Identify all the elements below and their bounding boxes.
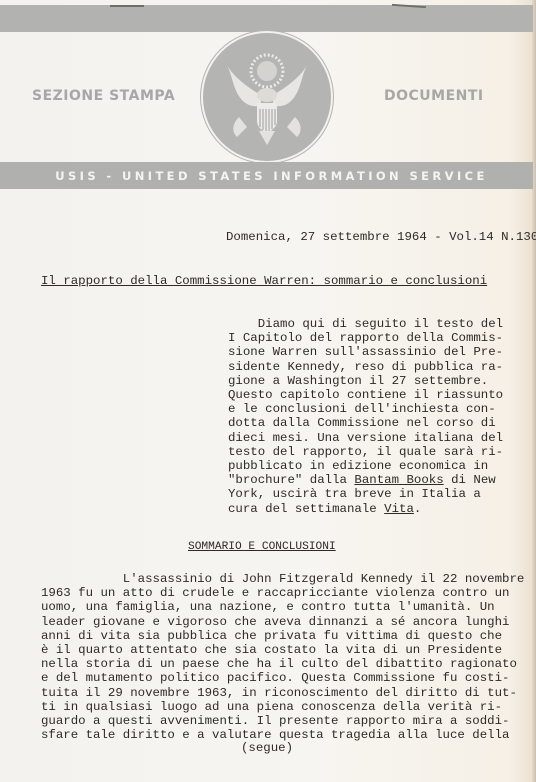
body-paragraph: L'assassinio di John Fitzgerald Kennedy … [41,572,524,742]
service-banner-text: USIS - UNITED STATES INFORMATION SERVICE [55,169,488,183]
staple-mark [110,5,144,7]
body-line: uomo, una famiglia, una nazione, e contr… [41,600,524,614]
intro-line: York, uscirà tra breve in Italia a [228,487,503,501]
top-gray-band [0,5,533,32]
publisher-name: Bantam Books [354,473,443,487]
great-seal-eagle-icon [203,33,331,161]
intro-line: testo del rapporto, il quale sarà ri- [228,445,503,459]
intro-line: "brochure" dalla Bantam Books di New [228,473,503,487]
intro-text: di New [444,473,496,487]
body-line: anni di vita sia pubblica che privata fu… [41,629,524,643]
service-banner: USIS - UNITED STATES INFORMATION SERVICE [0,162,533,189]
paper-edge [532,0,536,782]
magazine-name: Vita [384,502,414,516]
intro-line: cura del settimanale Vita. [228,502,503,516]
body-line: leader giovane e vigoroso che aveva dinn… [41,615,524,629]
body-line: e del mutamento politico pacifico. Quest… [41,671,524,685]
body-line: guardo a questi avvenimenti. Il presente… [41,714,524,728]
body-line: tuita il 29 novembre 1963, in riconoscim… [41,686,524,700]
intro-line: dotta dalla Commissione nel corso di [228,416,503,430]
intro-text: . [414,502,421,516]
intro-line: sidente Kennedy, reso di pubblica ra- [228,360,503,374]
section-label-sezione-stampa: SEZIONE STAMPA [32,88,175,104]
intro-line: Questo capitolo contiene il riassunto [228,388,503,402]
section-label-documenti: DOCUMENTI [384,88,484,104]
intro-line: pubblicato in edizione economica in [228,459,503,473]
continuation-note: (segue) [241,741,293,755]
intro-paragraph: Diamo qui di seguito il testo delI Capit… [228,317,503,516]
intro-line: I Capitolo del rapporto della Commis- [228,331,503,345]
document-title: Il rapporto della Commissione Warren: so… [41,274,487,288]
issue-date-line: Domenica, 27 settembre 1964 - Vol.14 N.1… [226,230,536,244]
intro-line: Diamo qui di seguito il testo del [228,317,503,331]
intro-line: e le conclusioni dell'inchiesta con- [228,402,503,416]
body-line: nella storia di un paese che ha il culto… [41,657,524,671]
intro-line: gione a Washington il 27 settembre. [228,374,503,388]
intro-line: sione Warren sull'assassinio del Pre- [228,345,503,359]
body-line: 1963 fu un atto di crudele e raccapricci… [41,586,524,600]
intro-text: cura del settimanale [228,502,384,516]
body-line: è il quarto attentato che sia costato la… [41,643,524,657]
body-line: L'assassinio di John Fitzgerald Kennedy … [41,572,524,586]
body-line: ti in qualsiasi luogo ad una piena conos… [41,700,524,714]
intro-text: "brochure" dalla [228,473,354,487]
section-heading: SOMMARIO E CONCLUSIONI [188,540,336,554]
intro-line: dieci mesi. Una versione italiana del [228,431,503,445]
